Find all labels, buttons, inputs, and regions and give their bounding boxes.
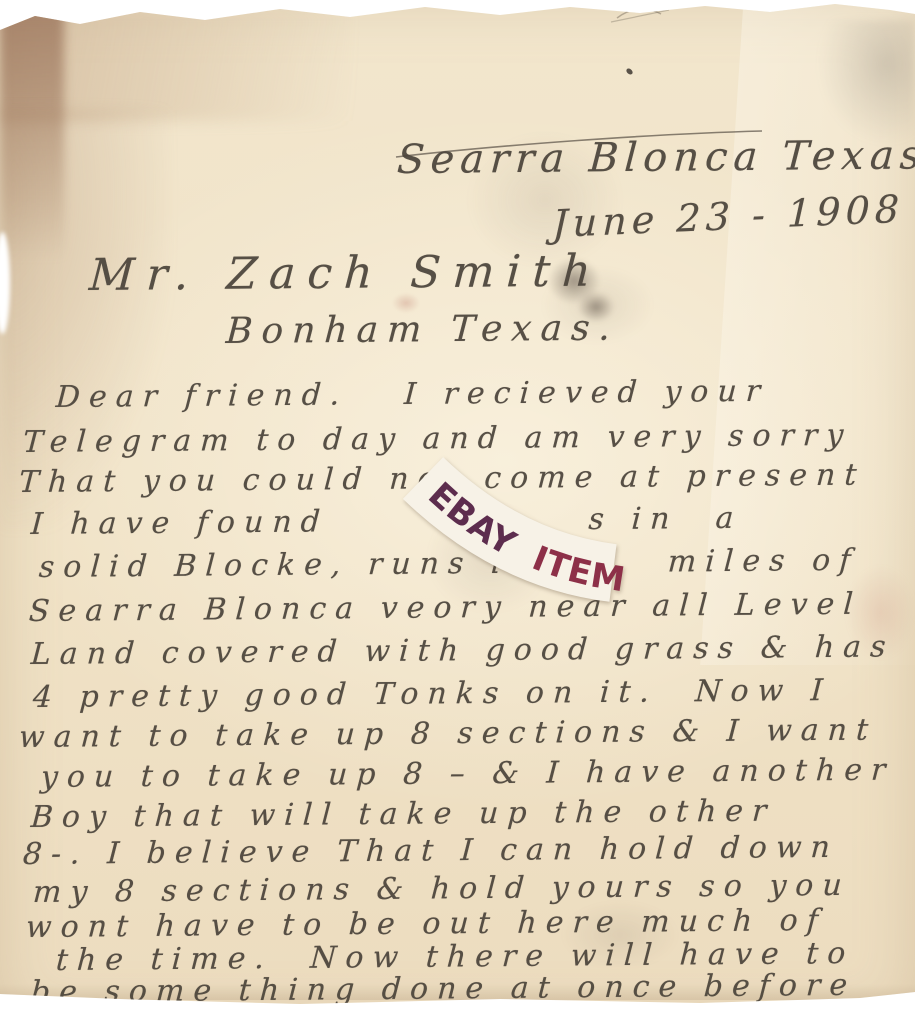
pencil-scribble [611, 10, 669, 22]
top-right-smudge [818, 20, 915, 145]
top-left-corner-stain [0, 0, 64, 260]
recipient-name-line: Mr. Zach Smith [88, 250, 604, 298]
scanned-letter-image: Searra Blonca Texas June 23 - 1908 Mr. Z… [0, 0, 915, 1024]
recipient-city-line: Bonham Texas. [225, 311, 620, 350]
letter-body-line: Boy that will take up the other [30, 797, 776, 833]
letter-place-line: Searra Blonca Texas [396, 135, 915, 180]
letter-body-line: 4 pretty good Tonks on it. Now I [32, 676, 833, 713]
letter-body-line: you to take up 8 – & I have another [40, 756, 895, 793]
left-edge-tear-notch [0, 232, 10, 334]
letter-body-line: be some thing done at once before [30, 971, 857, 1008]
ink-dot [625, 67, 634, 75]
letter-body-line: 8-. I believe That I can hold down [22, 833, 840, 870]
top-edge-stain [0, 6, 350, 121]
letter-body-line: my 8 sections & hold yours so you [32, 871, 852, 908]
letter-date-line: June 23 - 1908 [552, 190, 905, 243]
letter-body-line: want to take up 8 sections & I want [18, 716, 878, 753]
ebay-sticker: EBAY ITEM [383, 440, 668, 640]
letter-paper: Searra Blonca Texas June 23 - 1908 Mr. Z… [0, 0, 915, 1024]
pencil-scribble [617, 9, 661, 18]
letter-body-line: Dear friend. I recieved your [55, 377, 770, 413]
